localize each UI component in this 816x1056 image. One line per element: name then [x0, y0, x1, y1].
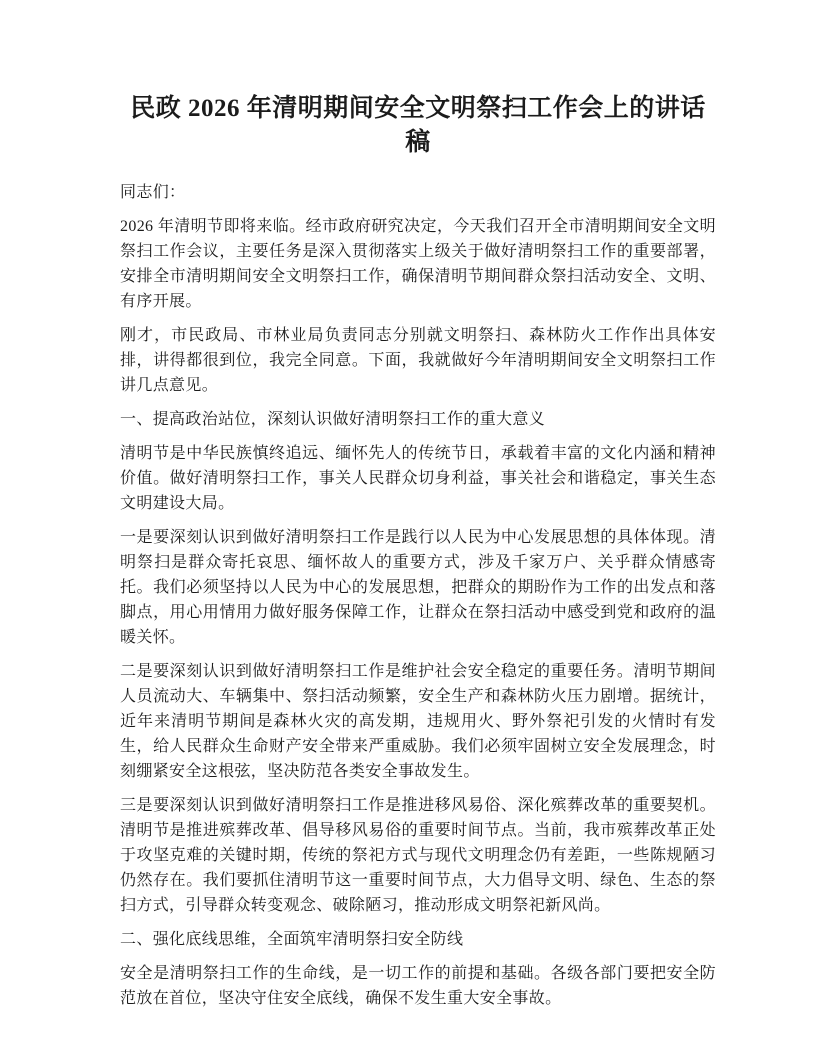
paragraph-intro: 2026 年清明节即将来临。经市政府研究决定，今天我们召开全市清明期间安全文明祭…	[120, 214, 716, 314]
salutation: 同志们：	[120, 180, 716, 205]
section-heading-2: 二、强化底线思维，全面筑牢清明祭扫安全防线	[120, 927, 716, 952]
paragraph-point-3: 三是要深刻认识到做好清明祭扫工作是推进移风易俗、深化殡葬改革的重要契机。清明节是…	[120, 793, 716, 918]
paragraph-point-2: 二是要深刻认识到做好清明祭扫工作是维护社会安全稳定的重要任务。清明节期间人员流动…	[120, 659, 716, 784]
document-title: 民政 2026 年清明期间安全文明祭扫工作会上的讲话稿	[120, 92, 716, 160]
paragraph-significance: 清明节是中华民族慎终追远、缅怀先人的传统节日，承载着丰富的文化内涵和精神价值。做…	[120, 441, 716, 516]
document-page: 民政 2026 年清明期间安全文明祭扫工作会上的讲话稿 同志们： 2026 年清…	[0, 0, 816, 1056]
paragraph-safety: 安全是清明祭扫工作的生命线，是一切工作的前提和基础。各级各部门要把安全防范放在首…	[120, 961, 716, 1011]
paragraph-transition: 刚才，市民政局、市林业局负责同志分别就文明祭扫、森林防火工作作出具体安排，讲得都…	[120, 323, 716, 398]
paragraph-point-1: 一是要深刻认识到做好清明祭扫工作是践行以人民为中心发展思想的具体体现。清明祭扫是…	[120, 525, 716, 650]
section-heading-1: 一、提高政治站位，深刻认识做好清明祭扫工作的重大意义	[120, 407, 716, 432]
